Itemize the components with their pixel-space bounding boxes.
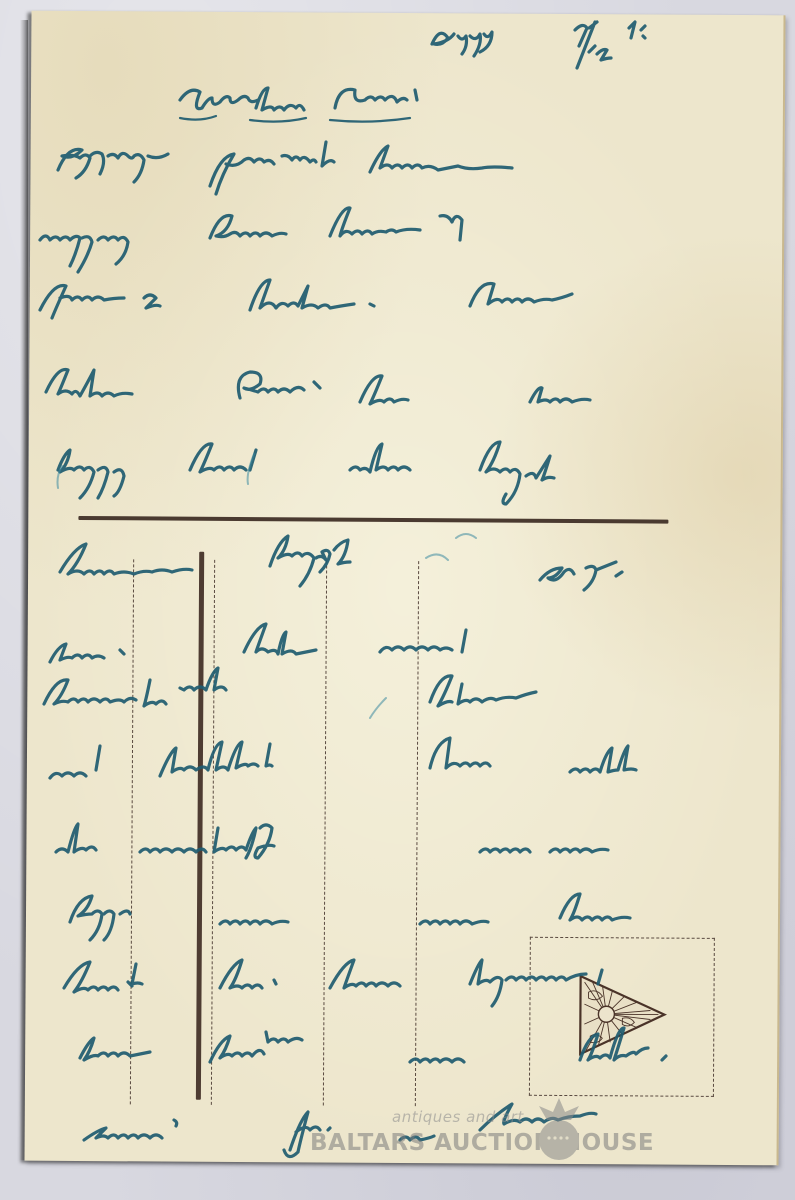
- dashed-rule-1: [130, 559, 134, 1104]
- watermark-name: BALTARS AUCTION HOUSE: [310, 1130, 654, 1156]
- printed-divider-horizontal: [78, 516, 668, 524]
- auction-house-watermark: antiques and art BALTARS AUCTION HOUSE: [300, 1102, 720, 1172]
- dashed-rule-4: [415, 561, 419, 1106]
- triangle-emblem-icon: [578, 974, 669, 1065]
- postcard: [24, 11, 785, 1166]
- watermark-tagline: antiques and art: [392, 1108, 524, 1126]
- dashed-rule-3: [323, 561, 327, 1106]
- printed-divider-vertical: [196, 552, 204, 1100]
- crown-logo-icon: [535, 1098, 583, 1164]
- dashed-rule-2: [211, 560, 215, 1105]
